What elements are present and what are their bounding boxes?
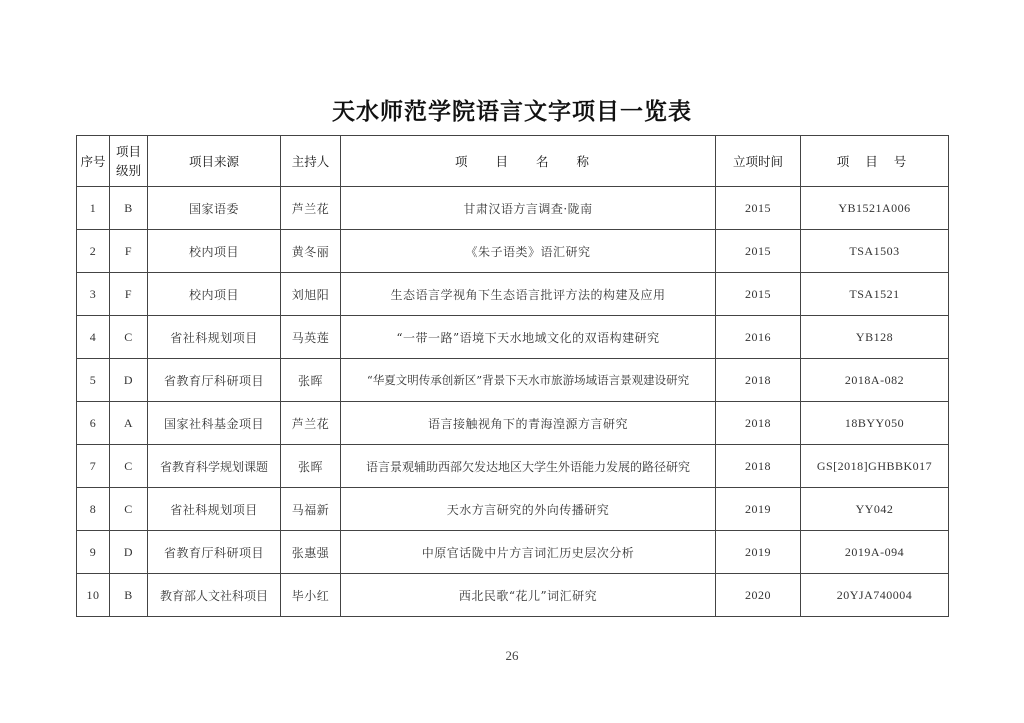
cell-name: 语言接触视角下的青海湟源方言研究 bbox=[341, 402, 716, 445]
projects-table: 序号 项目 级别 项目来源 主持人 项 目 名 称 立项时间 项 目 号 1 B… bbox=[76, 135, 949, 617]
cell-index: 1 bbox=[77, 187, 110, 230]
cell-code: 2019A-094 bbox=[801, 531, 949, 574]
cell-code: 2018A-082 bbox=[801, 359, 949, 402]
table-row: 10 B 教育部人文社科项目 毕小红 西北民歌“花儿”词汇研究 2020 20Y… bbox=[77, 574, 949, 617]
cell-source: 省社科规划项目 bbox=[148, 488, 281, 531]
header-code-label: 项 目 号 bbox=[837, 154, 912, 169]
cell-level: F bbox=[110, 273, 148, 316]
document-title: 天水师范学院语言文字项目一览表 bbox=[0, 93, 1024, 126]
cell-name: 天水方言研究的外向传播研究 bbox=[341, 488, 716, 531]
cell-level: D bbox=[110, 531, 148, 574]
page-number: 26 bbox=[0, 648, 1024, 664]
cell-code: TSA1521 bbox=[801, 273, 949, 316]
header-source: 项目来源 bbox=[148, 136, 281, 187]
cell-name: 语言景观辅助西部欠发达地区大学生外语能力发展的路径研究 bbox=[341, 445, 716, 488]
header-year: 立项时间 bbox=[716, 136, 801, 187]
cell-year: 2019 bbox=[716, 488, 801, 531]
cell-index: 7 bbox=[77, 445, 110, 488]
cell-year: 2015 bbox=[716, 273, 801, 316]
cell-name: “一带一路”语境下天水地域文化的双语构建研究 bbox=[341, 316, 716, 359]
cell-level: B bbox=[110, 187, 148, 230]
header-host: 主持人 bbox=[281, 136, 341, 187]
cell-source: 校内项目 bbox=[148, 230, 281, 273]
cell-source: 教育部人文社科项目 bbox=[148, 574, 281, 617]
cell-source: 省教育厅科研项目 bbox=[148, 531, 281, 574]
header-name-label: 项 目 名 称 bbox=[455, 154, 601, 169]
cell-level: F bbox=[110, 230, 148, 273]
table-row: 6 A 国家社科基金项目 芦兰花 语言接触视角下的青海湟源方言研究 2018 1… bbox=[77, 402, 949, 445]
header-level-line2: 级别 bbox=[110, 161, 147, 180]
cell-host: 张晖 bbox=[281, 359, 341, 402]
cell-source: 省教育科学规划课题 bbox=[148, 445, 281, 488]
cell-index: 5 bbox=[77, 359, 110, 402]
cell-host: 芦兰花 bbox=[281, 187, 341, 230]
cell-level: C bbox=[110, 316, 148, 359]
table-row: 3 F 校内项目 刘旭阳 生态语言学视角下生态语言批评方法的构建及应用 2015… bbox=[77, 273, 949, 316]
cell-code: YB128 bbox=[801, 316, 949, 359]
cell-host: 马福新 bbox=[281, 488, 341, 531]
cell-host: 黄冬丽 bbox=[281, 230, 341, 273]
cell-code: 20YJA740004 bbox=[801, 574, 949, 617]
cell-name: 甘肃汉语方言调查·陇南 bbox=[341, 187, 716, 230]
cell-level: A bbox=[110, 402, 148, 445]
cell-name: “华夏文明传承创新区”背景下天水市旅游场域语言景观建设研究 bbox=[341, 359, 716, 402]
cell-name: 生态语言学视角下生态语言批评方法的构建及应用 bbox=[341, 273, 716, 316]
table-row: 4 C 省社科规划项目 马英莲 “一带一路”语境下天水地域文化的双语构建研究 2… bbox=[77, 316, 949, 359]
cell-source: 校内项目 bbox=[148, 273, 281, 316]
cell-year: 2018 bbox=[716, 359, 801, 402]
cell-year: 2018 bbox=[716, 445, 801, 488]
cell-source: 省社科规划项目 bbox=[148, 316, 281, 359]
table-row: 8 C 省社科规划项目 马福新 天水方言研究的外向传播研究 2019 YY042 bbox=[77, 488, 949, 531]
cell-index: 9 bbox=[77, 531, 110, 574]
cell-year: 2019 bbox=[716, 531, 801, 574]
cell-level: C bbox=[110, 488, 148, 531]
cell-year: 2020 bbox=[716, 574, 801, 617]
cell-index: 3 bbox=[77, 273, 110, 316]
cell-index: 2 bbox=[77, 230, 110, 273]
cell-code: YY042 bbox=[801, 488, 949, 531]
cell-level: B bbox=[110, 574, 148, 617]
cell-code: 18BYY050 bbox=[801, 402, 949, 445]
table-row: 5 D 省教育厅科研项目 张晖 “华夏文明传承创新区”背景下天水市旅游场域语言景… bbox=[77, 359, 949, 402]
cell-level: C bbox=[110, 445, 148, 488]
cell-level: D bbox=[110, 359, 148, 402]
cell-year: 2015 bbox=[716, 230, 801, 273]
cell-index: 8 bbox=[77, 488, 110, 531]
cell-index: 6 bbox=[77, 402, 110, 445]
cell-name: 西北民歌“花儿”词汇研究 bbox=[341, 574, 716, 617]
cell-host: 张惠强 bbox=[281, 531, 341, 574]
cell-host: 刘旭阳 bbox=[281, 273, 341, 316]
cell-index: 10 bbox=[77, 574, 110, 617]
cell-name: 中原官话陇中片方言词汇历史层次分析 bbox=[341, 531, 716, 574]
cell-host: 马英莲 bbox=[281, 316, 341, 359]
table-row: 9 D 省教育厅科研项目 张惠强 中原官话陇中片方言词汇历史层次分析 2019 … bbox=[77, 531, 949, 574]
cell-year: 2018 bbox=[716, 402, 801, 445]
cell-host: 张晖 bbox=[281, 445, 341, 488]
cell-host: 芦兰花 bbox=[281, 402, 341, 445]
table-row: 1 B 国家语委 芦兰花 甘肃汉语方言调查·陇南 2015 YB1521A006 bbox=[77, 187, 949, 230]
table-row: 2 F 校内项目 黄冬丽 《朱子语类》语汇研究 2015 TSA1503 bbox=[77, 230, 949, 273]
cell-code: YB1521A006 bbox=[801, 187, 949, 230]
cell-index: 4 bbox=[77, 316, 110, 359]
cell-name: 《朱子语类》语汇研究 bbox=[341, 230, 716, 273]
table-header-row: 序号 项目 级别 项目来源 主持人 项 目 名 称 立项时间 项 目 号 bbox=[77, 136, 949, 187]
header-level-line1: 项目 bbox=[110, 142, 147, 161]
header-level: 项目 级别 bbox=[110, 136, 148, 187]
header-name: 项 目 名 称 bbox=[341, 136, 716, 187]
table-row: 7 C 省教育科学规划课题 张晖 语言景观辅助西部欠发达地区大学生外语能力发展的… bbox=[77, 445, 949, 488]
header-index: 序号 bbox=[77, 136, 110, 187]
cell-source: 国家语委 bbox=[148, 187, 281, 230]
cell-host: 毕小红 bbox=[281, 574, 341, 617]
cell-year: 2015 bbox=[716, 187, 801, 230]
header-code: 项 目 号 bbox=[801, 136, 949, 187]
cell-source: 省教育厅科研项目 bbox=[148, 359, 281, 402]
cell-year: 2016 bbox=[716, 316, 801, 359]
cell-source: 国家社科基金项目 bbox=[148, 402, 281, 445]
cell-code: TSA1503 bbox=[801, 230, 949, 273]
cell-code: GS[2018]GHBBK017 bbox=[801, 445, 949, 488]
